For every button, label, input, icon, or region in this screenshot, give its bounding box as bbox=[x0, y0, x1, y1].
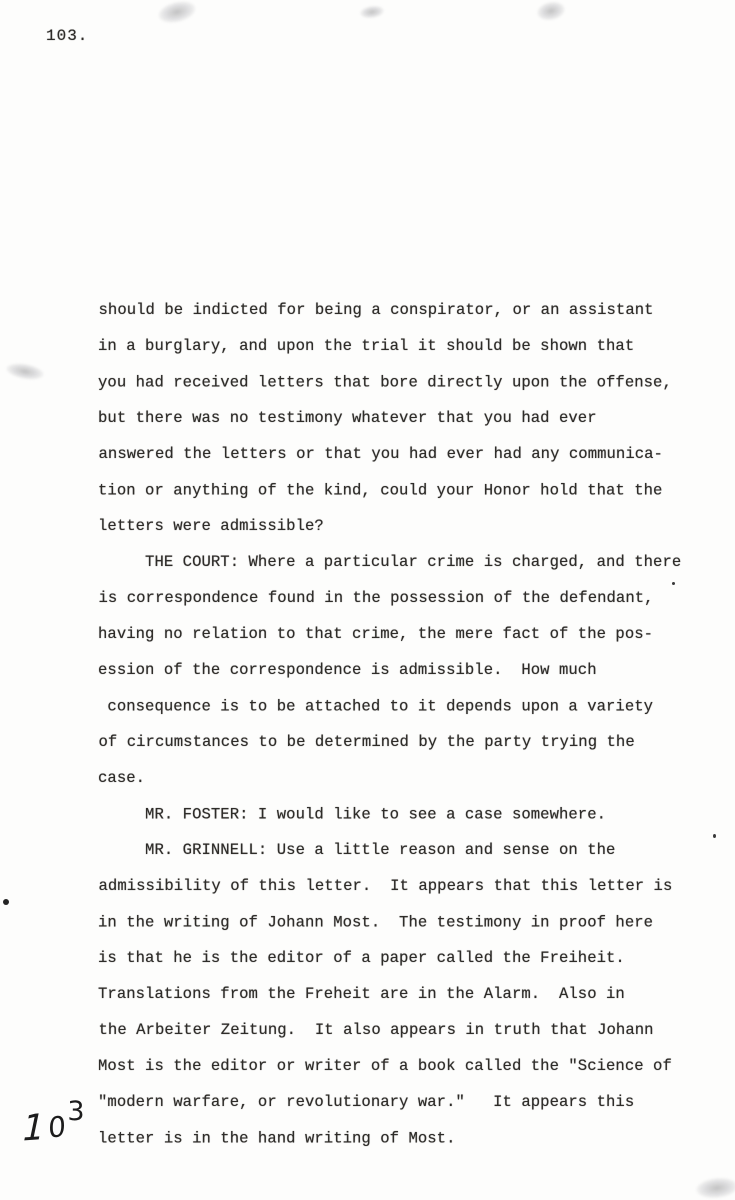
scan-smudge bbox=[5, 361, 45, 382]
handwritten-digit: 3 bbox=[68, 1096, 85, 1127]
scan-smudge bbox=[695, 1176, 735, 1200]
text-line: of circumstances to be determined by the… bbox=[99, 724, 699, 760]
text-line: is correspondence found in the possessio… bbox=[99, 580, 699, 616]
text-line: MR. FOSTER: I would like to see a case s… bbox=[98, 797, 698, 833]
typewritten-text-block: should be indicted for being a conspirat… bbox=[98, 292, 698, 1156]
handwritten-digit: 1 bbox=[18, 1107, 48, 1150]
text-line: letter is in the hand writing of Most. bbox=[98, 1121, 698, 1157]
scan-smudge bbox=[156, 0, 198, 26]
text-line: case. bbox=[98, 760, 698, 796]
text-line: having no relation to that crime, the me… bbox=[98, 616, 698, 652]
text-line: THE COURT: Where a particular crime is c… bbox=[98, 544, 698, 580]
text-line: tion or anything of the kind, could your… bbox=[98, 473, 698, 509]
text-line: is that he is the editor of a paper call… bbox=[98, 940, 698, 976]
scan-smudge bbox=[359, 4, 384, 19]
text-line: the Arbeiter Zeitung. It also appears in… bbox=[99, 1012, 699, 1048]
text-line: you had received letters that bore direc… bbox=[98, 365, 698, 401]
text-line: consequence is to be attached to it depe… bbox=[98, 689, 698, 725]
text-line: Most is the editor or writer of a book c… bbox=[98, 1048, 698, 1084]
transcript-page: 103. should be indicted for being a cons… bbox=[0, 0, 735, 1200]
handwritten-digit: 0 bbox=[48, 1109, 66, 1144]
text-line: letters were admissible? bbox=[98, 508, 698, 544]
page-number: 103. bbox=[46, 27, 88, 45]
text-line: Translations from the Freheit are in the… bbox=[98, 976, 698, 1012]
text-line: answered the letters or that you had eve… bbox=[99, 436, 699, 472]
text-line: in the writing of Johann Most. The testi… bbox=[98, 905, 698, 941]
text-line: ession of the correspondence is admissib… bbox=[98, 652, 698, 688]
text-line: but there was no testimony whatever that… bbox=[98, 400, 698, 436]
scan-smudge bbox=[535, 0, 566, 23]
text-line: should be indicted for being a conspirat… bbox=[99, 292, 699, 328]
text-line: "modern warfare, or revolutionary war." … bbox=[98, 1084, 698, 1120]
text-line: in a burglary, and upon the trial it sho… bbox=[98, 328, 698, 364]
handwritten-page-number: 103 bbox=[20, 1102, 89, 1150]
text-line: MR. GRINNELL: Use a little reason and se… bbox=[98, 832, 698, 868]
ink-speck bbox=[3, 899, 9, 905]
text-line: admissibility of this letter. It appears… bbox=[99, 868, 699, 904]
ink-speck bbox=[713, 834, 716, 838]
